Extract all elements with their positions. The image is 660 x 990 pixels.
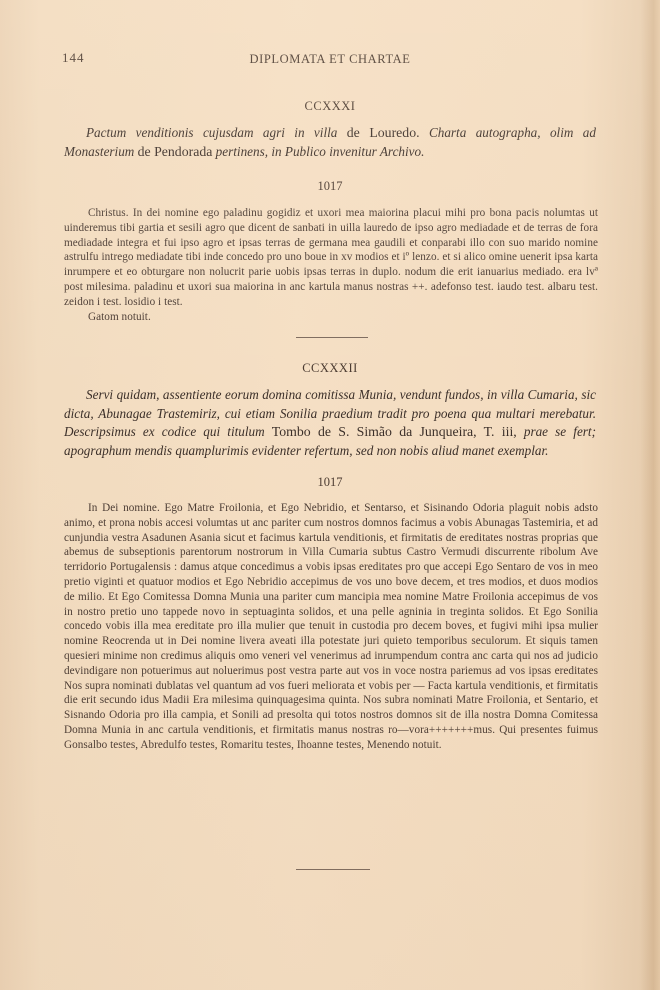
charter-year: 1017	[0, 179, 660, 194]
body-paragraph: Christus. In dei nomine ego paladinu gog…	[64, 206, 598, 310]
book-page: 144 DIPLOMATA ET CHARTAE CCXXXI Pactum v…	[0, 0, 660, 990]
section-divider	[296, 869, 370, 870]
charter-number: CCXXXI	[0, 99, 660, 114]
regest-part: Pactum venditionis cujusdam agri in vill…	[86, 125, 347, 140]
running-head: DIPLOMATA ET CHARTAE	[0, 52, 660, 67]
regest-part: Tombo de S. Simão da Junqueira, T. iii,	[272, 424, 517, 439]
section-divider	[296, 337, 368, 338]
charter-regest: Pactum venditionis cujusdam agri in vill…	[64, 124, 596, 161]
regest-part: de Louredo.	[347, 125, 420, 140]
regest-part: de Pendorada	[138, 144, 213, 159]
regest-part: pertinens, in Publico invenitur Archivo.	[212, 144, 424, 159]
body-paragraph: In Dei nomine. Ego Matre Froilonia, et E…	[64, 501, 598, 753]
charter-regest: Servi quidam, assentiente eorum domina c…	[64, 386, 596, 460]
charter-year: 1017	[0, 475, 660, 490]
body-signature: Gatom notuit.	[64, 310, 598, 325]
charter-body: In Dei nomine. Ego Matre Froilonia, et E…	[64, 501, 598, 753]
charter-number: CCXXXII	[0, 361, 660, 376]
charter-body: Christus. In dei nomine ego paladinu gog…	[64, 206, 598, 324]
